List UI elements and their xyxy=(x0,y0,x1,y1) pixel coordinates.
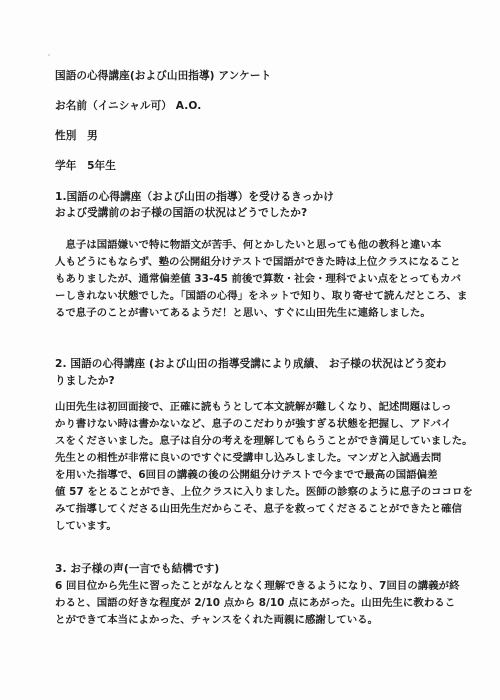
question-1-answer-line: 息子は国語嫌いで特に物語文が苦手、何とかしたいと思っても他の教科と違い本 xyxy=(55,238,441,252)
gender-field: 性別 男 xyxy=(55,129,98,143)
survey-page: 国語の心得講座(および山田指導) アンケート お名前（イニシャル可） A.O. … xyxy=(0,0,500,700)
name-field: お名前（イニシャル可） A.O. xyxy=(55,99,201,113)
question-3-answer-line: わると、国語の好きな程度が 2/10 点から 8/10 点にあがった。山田先生に… xyxy=(55,596,455,610)
question-1-answer-line: ーしきれない状態でした。「国語の心得」をネットで知り、取り寄せて読んだところ、ま xyxy=(55,289,467,303)
question-1-heading-line-2: および受講前のお子様の国語の状況はどうでしたか? xyxy=(55,206,307,220)
grade-field: 学年 5年生 xyxy=(55,159,116,173)
scan-speck xyxy=(48,54,50,56)
question-2-answer-line: スをくださいました。息子は自分の考えを理解してもらうことができ満足していました。 xyxy=(55,434,473,448)
question-2-answer-line: かり書けない時は書かないなど、息子のこだわりが強すぎる状態を把握し、アドバイ xyxy=(55,417,452,431)
question-2-answer-line: 先生との相性が非常に良いのですぐに受講申し込みしました。マンガと入試過去問 xyxy=(55,451,441,465)
question-3-answer-line: 6 回目位から先生に習ったことがなんとなく理解できるようになり、7回目の講義が終 xyxy=(55,579,460,593)
question-2-answer-line: しています。 xyxy=(55,519,117,533)
document-title: 国語の心得講座(および山田指導) アンケート xyxy=(55,69,271,83)
question-1-answer-line: もありましたが、通常偏差値 33-45 前後で算数・社会・理科でよい点をとっても… xyxy=(55,272,461,286)
question-2-answer-line: 山田先生は初回面接で、正確に読もうとして本文読解が難しくなり、記述問題はしっ xyxy=(55,400,452,414)
question-2-answer-line: を用いた指導で、6回目の講義の後の公開組分けテストで今までで最高の国語偏差 xyxy=(55,468,438,482)
question-2-answer-line: 値 57 をとることができ、上位クラスに入りました。医師の診察のように息子のココ… xyxy=(55,485,473,499)
question-2-heading-line-1: 2. 国語の心得講座 (および山田の指導受講により成績、 お子様の状況はどう変わ xyxy=(55,357,447,371)
question-1-answer-line: 人もどうにもならず、塾の公開組分けテストで国語ができた時は上位クラスになること xyxy=(55,255,461,269)
question-1-heading-line-1: 1.国語の心得講座（および山田の指導）を受けるきっかけ xyxy=(55,190,334,204)
question-2-heading-line-2: りましたか? xyxy=(55,374,115,388)
question-2-answer-line: みて指導してくださる山田先生だからこそ、息子を救ってくださることができたと確信 xyxy=(55,502,462,516)
question-3-heading: 3. お子様の声(一言でも結構です) xyxy=(55,562,219,576)
question-3-answer-line: とができて本当によかった、チャンスをくれた両親に感謝している。 xyxy=(55,613,378,627)
question-1-answer-line: るで息子のことが書いてあるようだ！と思い、すぐに山田先生に連絡しました。 xyxy=(55,306,431,320)
